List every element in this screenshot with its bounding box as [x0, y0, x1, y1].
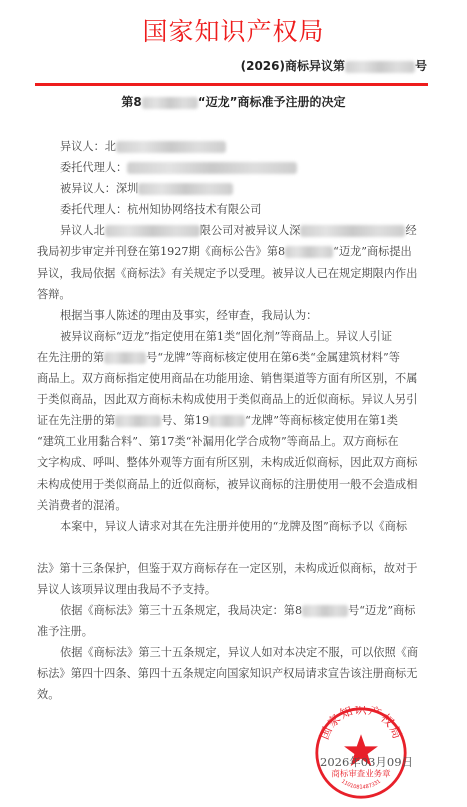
party-respondent-agent: 委托代理人：杭州知协网络技术有限公司 [37, 199, 427, 220]
party-respondent: 被异议人：深圳 [37, 178, 427, 199]
party-value: 杭州知协网络技术有限公司 [127, 203, 261, 216]
doc-number-prefix: (2026)商标异议第 [241, 59, 345, 73]
decision-date: 2026年03月09日 [320, 754, 413, 770]
body-line: 我局初步审定并刊登在第1927期《商标公告》第8“迈龙”商标提出 [37, 241, 427, 262]
body-line: 标法》第四十四条、第四十五条规定向国家知识产权局请求宣告该注册商标无 [37, 663, 427, 684]
text-segment: 号“龙牌”等商标核定使用在第6类“金属建筑材料”等 [146, 351, 400, 364]
official-seal-icon: 国家知识产权局 商标审查业务章 1101081487331 [314, 706, 408, 800]
document-body: 异议人：北 委托代理人： 被异议人：深圳 委托代理人：杭州知协网络技术有限公司 … [37, 136, 427, 706]
text-segment: 限公司对被异议人深 [200, 224, 301, 237]
party-label: 被异议人： [60, 182, 116, 195]
doc-number-suffix: 号 [415, 59, 427, 73]
document-number: (2026)商标异议第号 [241, 57, 427, 74]
party-label: 委托代理人： [60, 161, 127, 174]
redacted-text [127, 162, 297, 174]
redacted-text [302, 605, 348, 617]
body-line: 效。 [37, 684, 427, 705]
party-value: 深圳 [116, 182, 138, 195]
body-line: 本案中，异议人请求对其在先注册并使用的“龙牌及图”商标予以《商标 [37, 516, 427, 537]
text-segment: 证在先注册的第 [37, 414, 115, 427]
text-segment: 号、第19 [161, 414, 209, 427]
body-line: 异议人北限公司对被异议人深经 [37, 220, 427, 241]
redacted-number [345, 61, 415, 73]
body-line: 法》第十三条保护，但鉴于双方商标存在一定区别，未构成近似商标，故对于 [37, 558, 427, 579]
body-line: 异议人该项异议理由我局不予支持。 [37, 579, 427, 600]
decision-title-suffix: “迈龙”商标准予注册的决定 [198, 95, 346, 109]
text-segment: 依据《商标法》第三十五条规定，我局决定：第8 [60, 604, 302, 617]
body-line: 于类似商品，因此双方商标未构成使用于类似商品上的近似商标。异议人另引 [37, 389, 427, 410]
text-segment: 号“迈龙”商标 [348, 604, 415, 617]
text-segment: “龙牌”等商标核定使用在第1类 [245, 414, 398, 427]
body-line: 文字构成、呼叫、整体外观等方面有所区别，未构成近似商标，因此双方商标 [37, 452, 427, 473]
body-line: 准予注册。 [37, 621, 427, 642]
red-divider [35, 83, 428, 86]
agency-title: 国家知识产权局 [0, 12, 467, 48]
redacted-text [285, 246, 333, 258]
redacted-text [300, 225, 405, 237]
decision-title-prefix: 第8 [121, 95, 141, 109]
body-line: 关消费者的混淆。 [37, 495, 427, 516]
party-opponent: 异议人：北 [37, 136, 427, 157]
party-label: 异议人： [60, 140, 105, 153]
body-line-blank [37, 537, 427, 558]
text-segment: 在先注册的第 [37, 351, 104, 364]
body-line: 未构成使用于类似商品上的近似商标，被异议商标的注册使用一般不会造成相 [37, 474, 427, 495]
body-line: 依据《商标法》第三十五条规定，我局决定：第8号“迈龙”商标 [37, 600, 427, 621]
body-line: 证在先注册的第号、第19“龙牌”等商标核定使用在第1类 [37, 410, 427, 431]
redacted-text [105, 225, 200, 237]
redacted-mark-number [142, 97, 198, 109]
body-line: 答辩。 [37, 284, 427, 305]
redacted-text [104, 352, 146, 364]
body-line: 被异议商标“迈龙”指定使用在第1类“固化剂”等商品上。异议人引证 [37, 326, 427, 347]
svg-text:1101081487331: 1101081487331 [340, 779, 382, 791]
redacted-text [209, 415, 245, 427]
party-label: 委托代理人： [60, 203, 127, 216]
body-line: 异议，我局依据《商标法》有关规定予以受理。被异议人已在规定期限内作出 [37, 263, 427, 284]
text-segment: 异议人北 [60, 224, 105, 237]
redacted-text [116, 141, 226, 153]
svg-text:商标审查业务章: 商标审查业务章 [331, 769, 391, 779]
body-line: “建筑工业用黏合料”、第17类“补漏用化学合成物”等商品上。双方商标在 [37, 431, 427, 452]
text-segment: “迈龙”商标提出 [333, 245, 412, 258]
party-opponent-agent: 委托代理人： [37, 157, 427, 178]
redacted-text [115, 415, 161, 427]
body-line: 商品上。双方商标指定使用商品在功能用途、销售渠道等方面有所区别，不属 [37, 368, 427, 389]
body-line: 根据当事人陈述的理由及事实，经审查，我局认为： [37, 305, 427, 326]
text-segment: 经 [405, 224, 416, 237]
redacted-text [138, 183, 233, 195]
body-line: 依据《商标法》第三十五条规定，异议人如对本决定不服，可以依照《商 [37, 642, 427, 663]
party-value: 北 [105, 140, 116, 153]
decision-title: 第8“迈龙”商标准予注册的决定 [0, 93, 467, 110]
body-line: 在先注册的第号“龙牌”等商标核定使用在第6类“金属建筑材料”等 [37, 347, 427, 368]
text-segment: 我局初步审定并刊登在第1927期《商标公告》第8 [37, 245, 285, 258]
